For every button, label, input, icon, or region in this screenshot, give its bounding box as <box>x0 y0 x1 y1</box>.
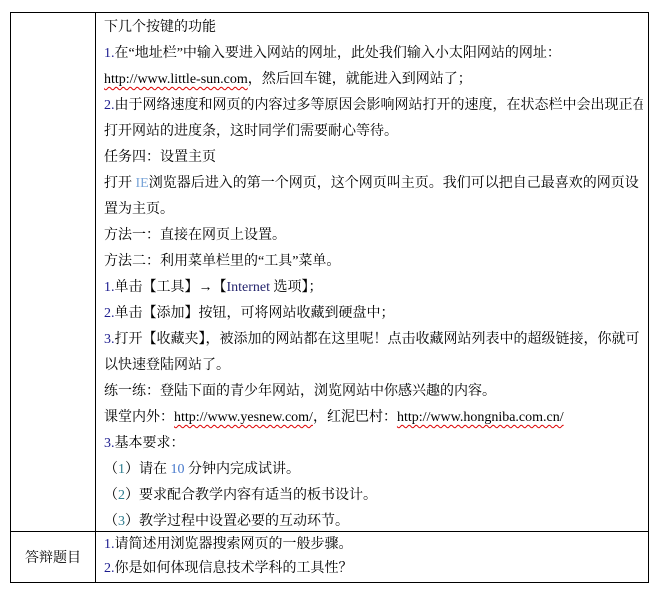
text-segment: 练一练：登陆下面的青少年网站，浏览网站中你感兴趣的内容。 <box>104 384 496 399</box>
text-segment: 任务四：设置主页 <box>104 150 216 165</box>
defense-questions-content-cell: 1.请简述用浏览器搜索网页的一般步骤。2.你是如何体现信息技术学科的工具性？ <box>96 532 648 582</box>
text-line: 1.单击【工具】→【Internet 选项】； <box>104 275 643 301</box>
text-line: 2.你是如何体现信息技术学科的工具性？ <box>104 557 643 581</box>
text-line: 以快速登陆网站了。 <box>104 353 643 379</box>
text-segment: 课堂内外： <box>104 410 174 425</box>
text-segment: （ <box>104 514 118 529</box>
text-segment: 10 <box>171 462 185 477</box>
text-segment: 3 <box>118 514 125 529</box>
text-segment: 分钟内完成试讲。 <box>185 462 301 477</box>
text-segment: 1 <box>118 462 125 477</box>
text-segment: 浏览器后进入的第一个网页，这个网页叫主页。我们可以把自己最喜欢的网页设 <box>149 176 639 191</box>
text-segment: 2 <box>118 488 125 503</box>
text-segment: 方法一：直接在网页上设置。 <box>104 228 286 243</box>
text-segment: （ <box>104 462 118 477</box>
text-segment: IE <box>136 176 149 191</box>
text-line: 3.基本要求： <box>104 431 643 457</box>
text-line: 2.由于网络速度和网页的内容过多等原因会影响网站打开的速度，在状态栏中会出现正在 <box>104 93 643 119</box>
row-label-cell-empty <box>11 13 96 532</box>
url-text: http://www.hongniba.com.cn/ <box>397 410 564 425</box>
text-segment: 基本要求： <box>115 436 185 451</box>
text-line: 打开网站的进度条，这时同学们需要耐心等待。 <box>104 119 643 145</box>
text-segment: 打开【收藏夹】，被添加的网站都在这里呢！点击收藏网站列表中的超级链接，你就可 <box>115 332 640 347</box>
text-segment: ，红泥巴村： <box>313 410 397 425</box>
text-segment: 你是如何体现信息技术学科的工具性？ <box>115 561 353 576</box>
text-segment: 单击【工具】→【 <box>115 280 227 295</box>
text-line: 1.请简述用浏览器搜索网页的一般步骤。 <box>104 533 643 557</box>
text-segment: 打开网站的进度条，这时同学们需要耐心等待。 <box>104 124 398 139</box>
text-line: （2）要求配合教学内容有适当的板书设计。 <box>104 483 643 509</box>
text-line: 打开 IE浏览器后进入的第一个网页，这个网页叫主页。我们可以把自己最喜欢的网页设 <box>104 171 643 197</box>
url-text: http://www.yesnew.com/ <box>174 410 313 425</box>
text-segment: 2. <box>104 306 115 321</box>
text-segment: 由于网络速度和网页的内容过多等原因会影响网站打开的速度，在状态栏中会出现正在 <box>115 98 644 113</box>
text-segment: 选项】； <box>270 280 323 295</box>
text-segment: （ <box>104 488 118 503</box>
text-segment: 在“地址栏”中输入要进入网站的网址，此处我们输入小太阳网站的网址： <box>115 46 561 61</box>
text-line: 置为主页。 <box>104 197 643 223</box>
text-line: 方法二：利用菜单栏里的“工具”菜单。 <box>104 249 643 275</box>
text-segment: ）要求配合教学内容有适当的板书设计。 <box>125 488 377 503</box>
text-line: 方法一：直接在网页上设置。 <box>104 223 643 249</box>
text-segment: 2. <box>104 98 115 113</box>
text-segment: 下几个按键的功能 <box>104 20 216 35</box>
text-segment: ，然后回车键，就能进入到网站了； <box>248 72 472 87</box>
defense-row-label-text: 答辩题目 <box>25 547 81 567</box>
text-line: 1.在“地址栏”中输入要进入网站的网址，此处我们输入小太阳网站的网址： <box>104 41 643 67</box>
text-line: 下几个按键的功能 <box>104 15 643 41</box>
text-segment: Internet <box>227 280 271 295</box>
row-label-cell-defense: 答辩题目 <box>11 532 96 582</box>
text-line: 2.单击【添加】按钮，可将网站收藏到硬盘中； <box>104 301 643 327</box>
text-segment: 1. <box>104 280 115 295</box>
text-segment: 方法二：利用菜单栏里的“工具”菜单。 <box>104 254 340 269</box>
text-line: 课堂内外：http://www.yesnew.com/，红泥巴村：http://… <box>104 405 643 431</box>
text-line: （3）教学过程中设置必要的互动环节。 <box>104 509 643 532</box>
text-segment: 以快速登陆网站了。 <box>104 358 230 373</box>
text-segment: 请简述用浏览器搜索网页的一般步骤。 <box>115 537 353 552</box>
lecture-task-content-cell: 下几个按键的功能1.在“地址栏”中输入要进入网站的网址，此处我们输入小太阳网站的… <box>96 13 648 532</box>
text-line: 任务四：设置主页 <box>104 145 643 171</box>
text-segment: 1. <box>104 46 115 61</box>
url-text: http://www.little-sun.com <box>104 72 248 87</box>
text-segment: 打开 <box>104 176 136 191</box>
text-segment: ）请在 <box>125 462 171 477</box>
text-segment: 2. <box>104 561 115 576</box>
text-line: 练一练：登陆下面的青少年网站，浏览网站中你感兴趣的内容。 <box>104 379 643 405</box>
text-segment: 单击【添加】按钮，可将网站收藏到硬盘中； <box>115 306 395 321</box>
text-segment: 置为主页。 <box>104 202 174 217</box>
text-line: （1）请在 10 分钟内完成试讲。 <box>104 457 643 483</box>
text-segment: 3. <box>104 436 115 451</box>
text-segment: 3. <box>104 332 115 347</box>
text-segment: 1. <box>104 537 115 552</box>
text-segment: ）教学过程中设置必要的互动环节。 <box>125 514 349 529</box>
text-line: 3.打开【收藏夹】，被添加的网站都在这里呢！点击收藏网站列表中的超级链接，你就可 <box>104 327 643 353</box>
text-line: http://www.little-sun.com，然后回车键，就能进入到网站了… <box>104 67 643 93</box>
exam-document-table: 下几个按键的功能1.在“地址栏”中输入要进入网站的网址，此处我们输入小太阳网站的… <box>10 12 649 583</box>
